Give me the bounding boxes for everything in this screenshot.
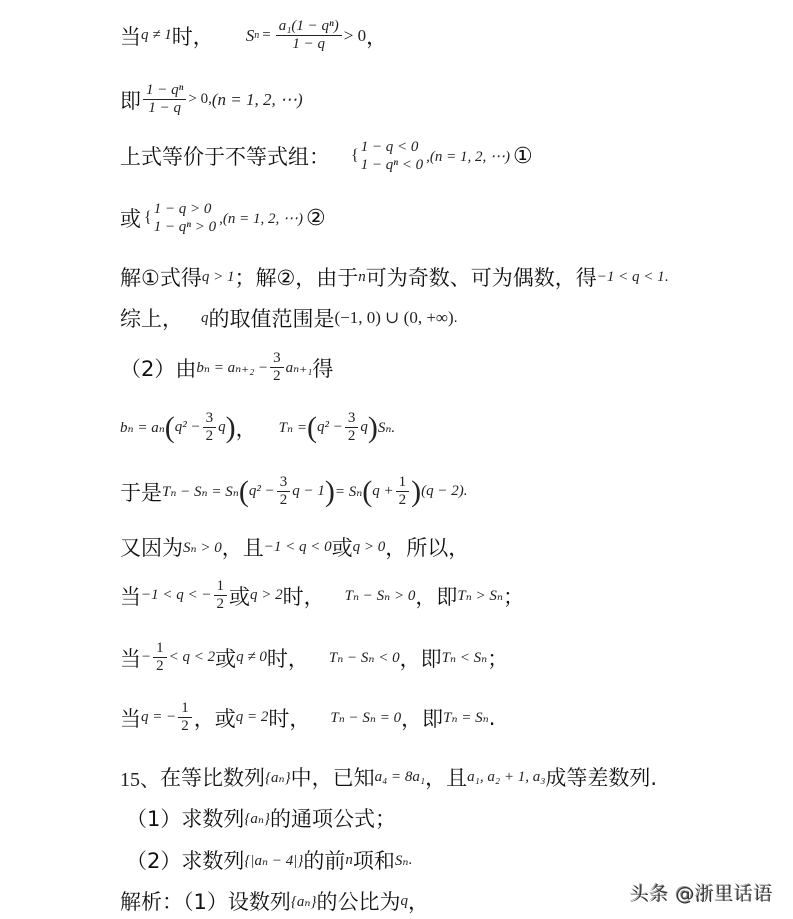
- text: ，: [366, 21, 387, 51]
- text: ；: [503, 581, 524, 611]
- text: 解析：（1）设数列: [120, 886, 291, 916]
- math: a₁, a₂ + 1, a₃: [467, 769, 545, 786]
- brace: {: [144, 209, 152, 227]
- paren: ): [325, 477, 335, 507]
- text: ，且: [222, 532, 264, 562]
- fraction: 1 2: [396, 474, 410, 510]
- math: ,(n = 1, 2, ⋯): [219, 209, 303, 228]
- text: 当: [120, 581, 141, 611]
- text: 可为奇数、可为偶数，得: [366, 262, 597, 292]
- line-4: 或 { 1 − q > 0 1 − qⁿ > 0 ,(n = 1, 2, ⋯) …: [120, 200, 326, 236]
- line-17: 解析：（1）设数列 {aₙ} 的公比为 q ，: [120, 886, 429, 916]
- math: n: [345, 852, 353, 869]
- numerator: a₁(1 − qⁿ): [276, 18, 342, 36]
- text: 的前: [303, 845, 345, 875]
- paren: (: [165, 413, 175, 443]
- math: −: [141, 649, 151, 666]
- math: {aₙ}: [265, 768, 291, 787]
- math: q − 1: [292, 483, 325, 500]
- text: ，或: [194, 703, 236, 733]
- fraction: 3 2: [277, 474, 291, 510]
- line-6: 综上， q 的取值范围是 (−1, 0) ∪ (0, +∞) .: [120, 303, 457, 333]
- fraction: a₁(1 − qⁿ) 1 − q: [276, 18, 342, 54]
- math: > 0,: [188, 91, 211, 108]
- math: S: [246, 26, 255, 46]
- math: ,(n = 1, 2, ⋯): [426, 147, 510, 166]
- numerator: 3: [345, 410, 359, 428]
- math: Tₙ − Sₙ < 0: [329, 648, 400, 667]
- line-11: 当 −1 < q < − 1 2 或 q > 2 时， Tₙ − Sₙ > 0 …: [120, 578, 524, 614]
- fraction: 3 2: [345, 410, 359, 446]
- text: ，且: [425, 762, 467, 792]
- text: .: [454, 310, 458, 327]
- math: q² −: [317, 419, 343, 436]
- math: q: [218, 419, 226, 436]
- text: 得: [312, 353, 333, 383]
- text: 中，已知: [291, 762, 375, 792]
- fraction: 3 2: [270, 350, 284, 386]
- paren: ): [226, 413, 236, 443]
- math: q ≠ 0: [236, 649, 267, 666]
- text: ，: [236, 413, 257, 443]
- math: 1 − q < 0: [361, 138, 423, 156]
- math: −1 < q < 0: [264, 539, 332, 556]
- math: 1 − qⁿ < 0: [361, 156, 423, 174]
- text: 时，: [172, 21, 214, 51]
- math: q +: [372, 483, 393, 500]
- math: a₄ = 8a₁: [375, 769, 426, 786]
- math: aₙ₊₁: [286, 358, 313, 377]
- denominator: 1 − q: [289, 36, 328, 53]
- numerator: 1: [153, 640, 167, 658]
- math: {aₙ}: [291, 892, 317, 911]
- text: 或: [215, 643, 236, 673]
- text: 综上，: [120, 303, 183, 333]
- numerator: 1: [396, 474, 410, 492]
- inequality-system: { 1 − q > 0 1 − qⁿ > 0: [144, 200, 216, 236]
- text: 即: [120, 85, 141, 115]
- line-12: 当 − 1 2 < q < 2 或 q ≠ 0 时， Tₙ − Sₙ < 0 ，…: [120, 640, 508, 676]
- text: 或: [229, 581, 250, 611]
- math: q > 2: [250, 587, 283, 604]
- denominator: 2: [277, 492, 291, 509]
- denominator: 2: [153, 658, 167, 675]
- line-10: 又因为 Sₙ > 0 ，且 −1 < q < 0 或 q > 0 ，所以，: [120, 532, 469, 562]
- text: 的公比为: [316, 886, 400, 916]
- line-8: bₙ = aₙ ( q² − 3 2 q ) ， Tₙ = ( q² − 3 2…: [120, 410, 395, 446]
- text: .: [408, 852, 412, 869]
- text: .: [489, 706, 496, 730]
- text: 当: [120, 703, 141, 733]
- question-number: 15、: [120, 763, 160, 792]
- text: ；解②，由于: [234, 262, 358, 292]
- paren: (: [239, 477, 249, 507]
- math: Tₙ = Sₙ: [443, 708, 489, 727]
- math: =: [262, 27, 270, 44]
- numerator: 1 − qⁿ: [143, 82, 186, 100]
- math: n: [254, 30, 259, 41]
- paren: (: [307, 413, 317, 443]
- denominator: 2: [178, 718, 192, 735]
- denominator: 1 − q: [145, 100, 184, 117]
- watermark: 头条 @浙里话语: [630, 879, 773, 906]
- math: q: [201, 310, 209, 327]
- denominator: 2: [214, 596, 228, 613]
- text: 项和: [353, 845, 395, 875]
- line-1: 当 q ≠ 1 时， Sn = a₁(1 − qⁿ) 1 − q > 0 ，: [120, 18, 387, 54]
- math: Tₙ < Sₙ: [442, 648, 488, 667]
- denominator: 2: [270, 368, 284, 385]
- text: ，即: [401, 703, 443, 733]
- math: Tₙ =: [279, 418, 307, 437]
- math: q = −: [141, 709, 176, 726]
- line-15: （1）求数列 {aₙ} 的通项公式；: [126, 803, 396, 833]
- line-5: 解①式得 q > 1 ；解②，由于 n 可为奇数、可为偶数，得 −1 < q <…: [120, 262, 668, 292]
- text: ，所以，: [385, 532, 469, 562]
- math: Sₙ.: [378, 418, 395, 437]
- math: Tₙ − Sₙ > 0: [345, 586, 416, 605]
- math: q ≠ 1: [141, 27, 172, 44]
- math: q > 1: [202, 269, 235, 286]
- math: < q < 2: [169, 649, 216, 666]
- line-3: 上式等价于不等式组： { 1 − q < 0 1 − qⁿ < 0 ,(n = …: [120, 138, 533, 174]
- math: (−1, 0) ∪ (0, +∞): [335, 308, 454, 328]
- math: −1 < q < 1: [597, 269, 665, 286]
- circled-number: ①: [513, 144, 533, 169]
- text: 上式等价于不等式组：: [120, 141, 330, 171]
- text: 当: [120, 643, 141, 673]
- math: Sₙ > 0: [183, 538, 222, 557]
- text: 或: [120, 203, 141, 233]
- fraction: 1 − qⁿ 1 − q: [143, 82, 186, 118]
- text: 时，: [268, 703, 310, 733]
- math: q: [400, 893, 408, 910]
- text: 的取值范围是: [209, 303, 335, 333]
- line-16: （2）求数列 {|aₙ − 4|} 的前 n 项和 Sₙ .: [126, 845, 412, 875]
- paren: (: [362, 477, 372, 507]
- brace: {: [351, 147, 359, 165]
- text: 在等比数列: [160, 762, 265, 792]
- math: Tₙ − Sₙ = 0: [330, 708, 401, 727]
- numerator: 1: [178, 700, 192, 718]
- math: 1 − qⁿ > 0: [154, 218, 216, 236]
- denominator: 2: [345, 428, 359, 445]
- math: Tₙ > Sₙ: [457, 586, 503, 605]
- fraction: 1 2: [214, 578, 228, 614]
- line-2: 即 1 − qⁿ 1 − q > 0, (n = 1, 2, ⋯): [120, 82, 303, 118]
- text: （1）求数列: [126, 803, 244, 833]
- text: ；: [487, 643, 508, 673]
- line-9: 于是 Tₙ − Sₙ = Sₙ ( q² − 3 2 q − 1 ) = Sₙ …: [120, 474, 468, 510]
- text: 又因为: [120, 532, 183, 562]
- fraction: 1 2: [153, 640, 167, 676]
- math: Sₙ: [395, 851, 409, 870]
- text: 时，: [283, 581, 325, 611]
- text: 解①式得: [120, 262, 202, 292]
- math: bₙ = aₙ₊₂ −: [196, 358, 268, 377]
- text: 成等差数列.: [545, 762, 657, 792]
- text: 于是: [120, 477, 162, 507]
- math: n: [358, 269, 366, 286]
- denominator: 2: [396, 492, 410, 509]
- circled-number: ②: [306, 206, 326, 231]
- text: ，即: [415, 581, 457, 611]
- math: > 0: [344, 26, 366, 46]
- math: q = 2: [236, 709, 269, 726]
- text: ，即: [400, 643, 442, 673]
- fraction: 1 2: [178, 700, 192, 736]
- math: (q − 2).: [421, 483, 467, 500]
- math: q > 0: [353, 539, 386, 556]
- fraction: 3 2: [203, 410, 217, 446]
- math: = Sₙ: [335, 482, 362, 501]
- math: Tₙ − Sₙ = Sₙ: [162, 482, 239, 501]
- numerator: 3: [270, 350, 284, 368]
- paren: ): [411, 477, 421, 507]
- numerator: 3: [203, 410, 217, 428]
- math: q² −: [175, 419, 201, 436]
- math: q: [360, 419, 368, 436]
- text: .: [665, 269, 669, 286]
- text: 或: [332, 532, 353, 562]
- text: （2）由: [120, 353, 196, 383]
- math: bₙ = aₙ: [120, 418, 165, 437]
- text: ，: [408, 886, 429, 916]
- math: q² −: [249, 483, 275, 500]
- math: 1 − q > 0: [154, 200, 216, 218]
- numerator: 3: [277, 474, 291, 492]
- math: −1 < q < −: [141, 587, 212, 604]
- paren: ): [368, 413, 378, 443]
- text: （2）求数列: [126, 845, 244, 875]
- line-14: 15、 在等比数列 {aₙ} 中，已知 a₄ = 8a₁ ，且 a₁, a₂ +…: [120, 762, 657, 792]
- text: 的通项公式；: [270, 803, 396, 833]
- math: (n = 1, 2, ⋯): [212, 90, 303, 110]
- denominator: 2: [203, 428, 217, 445]
- text: 时，: [267, 643, 309, 673]
- math: {|aₙ − 4|}: [244, 851, 303, 870]
- text: 当: [120, 21, 141, 51]
- line-13: 当 q = − 1 2 ，或 q = 2 时， Tₙ − Sₙ = 0 ，即 T…: [120, 700, 495, 736]
- inequality-system: { 1 − q < 0 1 − qⁿ < 0: [351, 138, 423, 174]
- numerator: 1: [214, 578, 228, 596]
- math: {aₙ}: [244, 809, 270, 828]
- line-7: （2）由 bₙ = aₙ₊₂ − 3 2 aₙ₊₁ 得: [120, 350, 333, 386]
